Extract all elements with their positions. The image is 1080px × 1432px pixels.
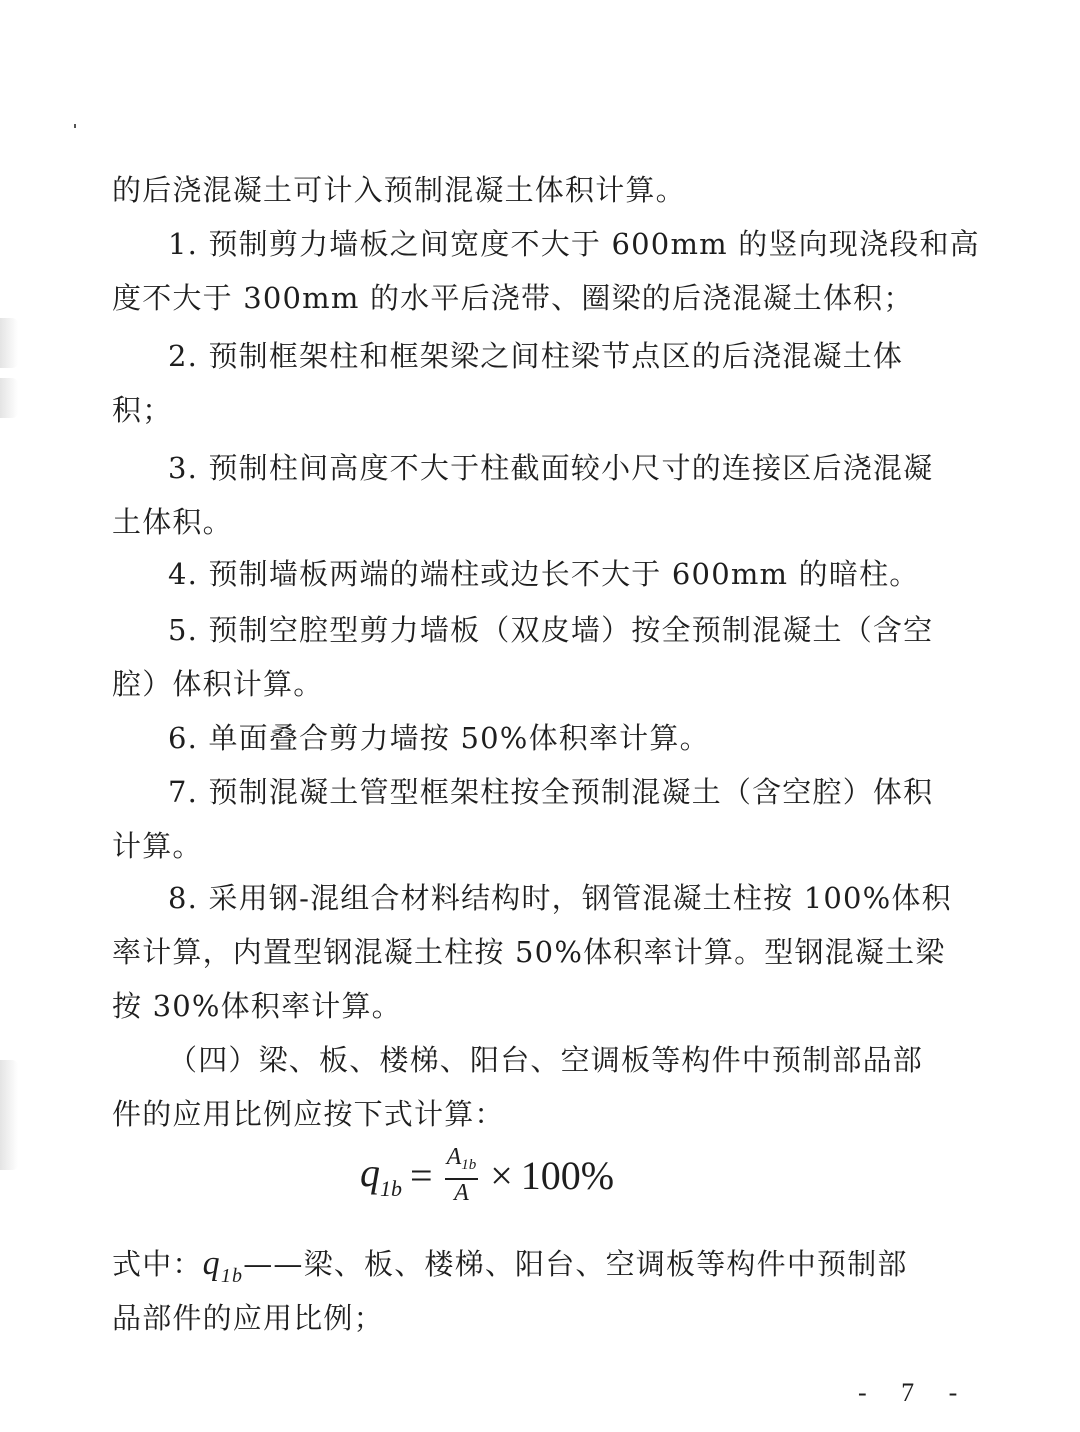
formula-lhs: q1b [360,1149,402,1202]
text-line: 腔）体积计算。 [112,666,912,702]
document-page: 的后浇混凝土可计入预制混凝土体积计算。 1. 预制剪力墙板之间宽度不大于 600… [0,0,1080,1432]
formula: q1b = A1b A × 100% [360,1140,614,1210]
text-line: 8. 采用钢-混组合材料结构时，钢管混凝土柱按 100%体积 [168,880,968,916]
formula-value: 100% [521,1152,614,1199]
definition-variable: q1b [203,1245,244,1282]
formula-equals: = [410,1152,433,1199]
text-line: 土体积。 [112,504,912,540]
text-line: 的后浇混凝土可计入预制混凝土体积计算。 [112,172,912,208]
scan-dot [74,124,76,128]
scan-edge-mark [0,318,18,368]
text-line: 计算。 [112,828,912,864]
text-line: 2. 预制框架柱和框架梁之间柱梁节点区的后浇混凝土体 [168,338,968,374]
text-line: 5. 预制空腔型剪力墙板（双皮墙）按全预制混凝土（含空 [168,612,968,648]
fraction-numerator: A1b [445,1144,479,1180]
page-number: - 7 - [858,1378,971,1408]
text-line: 4. 预制墙板两端的端柱或边长不大于 600mm 的暗柱。 [168,556,968,592]
text-line: 率计算，内置型钢混凝土柱按 50%体积率计算。型钢混凝土梁 [112,934,912,970]
text-line: 积； [112,392,912,428]
scan-edge-mark [0,1060,18,1170]
section-heading-line: （四）梁、板、楼梯、阳台、空调板等构件中预制部品部 [168,1042,968,1078]
text-line: 1. 预制剪力墙板之间宽度不大于 600mm 的竖向现浇段和高 [168,226,968,262]
text-line: 3. 预制柱间高度不大于柱截面较小尺寸的连接区后浇混凝 [168,450,968,486]
text-line: 6. 单面叠合剪力墙按 50%体积率计算。 [168,720,968,756]
formula-fraction: A1b A [445,1144,479,1206]
scan-edge-mark [0,378,18,418]
definition-line: 品部件的应用比例； [112,1300,912,1336]
text-line: 7. 预制混凝土管型框架柱按全预制混凝土（含空腔）体积 [168,774,968,810]
definition-line: 式中：q1b——梁、板、楼梯、阳台、空调板等构件中预制部 [112,1246,912,1294]
fraction-denominator: A [454,1180,469,1206]
formula-times: × [490,1152,513,1199]
text-line: 度不大于 300mm 的水平后浇带、圈梁的后浇混凝土体积； [112,280,912,316]
text-line: 件的应用比例应按下式计算： [112,1096,912,1132]
text-line: 按 30%体积率计算。 [112,988,912,1024]
